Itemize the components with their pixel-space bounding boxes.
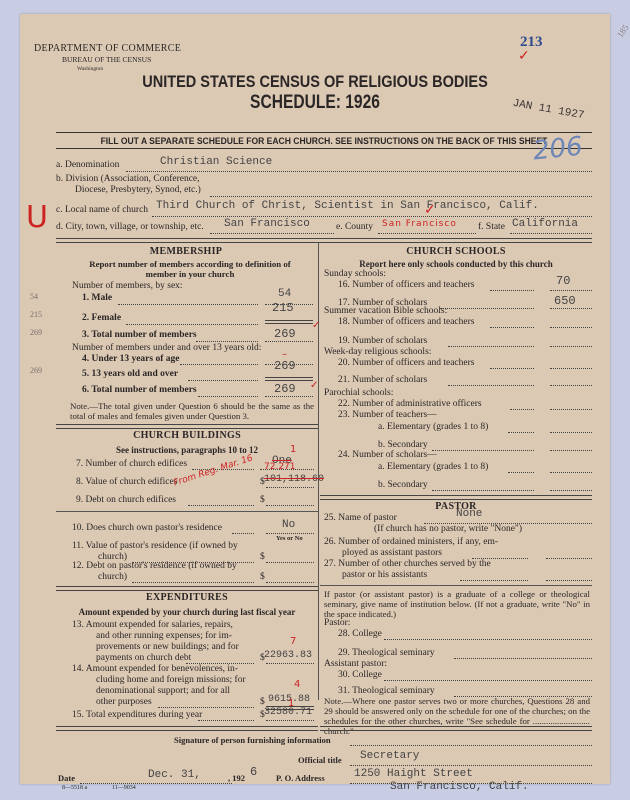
q18-leader (490, 327, 534, 328)
q13-label-2: and other running expenses; for im- (96, 631, 232, 641)
pencil-number: 206 (532, 131, 585, 166)
q16-line (550, 290, 592, 291)
county-label: e. County (336, 222, 373, 232)
members-by-sex-label: Number of members, by sex: (72, 281, 183, 291)
q30-college-field[interactable] (384, 680, 592, 681)
q2-label: 2. Female (82, 313, 121, 323)
section-divider (56, 726, 318, 731)
department-name: DEPARTMENT OF COMMERCE (34, 43, 181, 54)
q9-debt-field[interactable] (266, 505, 314, 506)
q5-over13-field[interactable]: 269 (274, 359, 296, 373)
q8-label: 8. Value of church edifices (76, 477, 177, 487)
q23a-field[interactable] (550, 432, 592, 433)
city-line (210, 233, 334, 234)
q26-label-2: ployed as assistant pastors (342, 548, 442, 558)
q15-label: 15. Total expenditures during year (72, 710, 202, 720)
q6-leader (198, 396, 258, 397)
q6-label: 6. Total number of members (82, 385, 197, 395)
denomination-field[interactable]: Christian Science (160, 156, 272, 168)
dollar-sign: $ (260, 697, 265, 707)
summer-schools-label: Summer vacation Bible schools: (324, 306, 447, 316)
section-divider (320, 495, 592, 500)
q4-leader (180, 364, 258, 365)
q19-leader (448, 346, 534, 347)
local-name-line (152, 216, 592, 217)
margin-note: 54 (30, 292, 38, 301)
denomination-line (126, 171, 592, 172)
year-prefix: , 192 (228, 773, 245, 783)
expenditures-subtitle: Amount expended by your church during la… (56, 607, 318, 617)
q3-leader (196, 341, 258, 342)
q27-leader (460, 580, 528, 581)
q20-field[interactable] (550, 368, 592, 369)
q23-label: 23. Number of teachers— (338, 410, 437, 420)
q24-label: 24. Number of scholars— (338, 450, 437, 460)
signature-label: Signature of person furnishing informati… (174, 735, 331, 745)
q6-total-field[interactable]: 269 (274, 382, 296, 396)
margin-note: 269 (30, 366, 42, 375)
q23a-label: a. Elementary (grades 1 to 8) (378, 422, 488, 432)
divider (320, 585, 592, 586)
city-label: d. City, town, village, or township, etc… (56, 222, 204, 232)
q14-label: 14. Amount expended for benevolences, in… (72, 664, 238, 674)
pastor-label: Pastor: (324, 618, 350, 628)
bureau-name: BUREAU OF THE CENSUS (62, 55, 151, 64)
buildings-heading: CHURCH BUILDINGS (56, 430, 318, 441)
state-field[interactable]: California (512, 218, 578, 230)
q5-leader (188, 380, 258, 381)
q26-label: 26. Number of ordained ministers, if any… (324, 537, 498, 547)
q30-label: 30. College (338, 670, 382, 680)
age-label: Number of members under and over 13 year… (72, 343, 261, 353)
county-line (378, 233, 476, 234)
q24b-field[interactable] (550, 490, 592, 491)
q12-leader (132, 582, 254, 583)
q22-leader (510, 409, 534, 410)
q24a-leader (508, 472, 534, 473)
q8-correction: 72.271 (264, 462, 296, 472)
date-label: Date (58, 773, 75, 783)
q14-leader (158, 707, 254, 708)
q6-line (265, 396, 313, 397)
divider (56, 132, 592, 133)
print-number: 11—9034 (112, 785, 136, 791)
divider (56, 511, 318, 512)
graduate-instruction: If pastor (or assistant pastor) is a gra… (324, 589, 590, 619)
q15-line (266, 720, 314, 721)
section-divider (56, 424, 318, 429)
q19-label: 19. Number of scholars (338, 336, 427, 346)
q13-label-3: provements or new buildings; and for (96, 642, 239, 652)
column-divider (318, 242, 319, 700)
q16-officers-field[interactable]: 70 (556, 274, 570, 288)
local-name-field[interactable]: Third Church of Christ, Scientist in San… (156, 200, 539, 212)
q24b-leader (432, 490, 534, 491)
membership-note: Note.—The total given under Question 6 s… (70, 401, 314, 421)
q21-field[interactable] (550, 385, 592, 386)
division-label-2: Diocese, Presbytery, Synod, etc.) (75, 185, 201, 195)
q7-correction: 1 (290, 444, 296, 455)
q11-value-field[interactable] (266, 562, 314, 563)
q23a-leader (508, 432, 534, 433)
q18-label: 18. Number of officers and teachers (338, 317, 474, 327)
red-check-icon: ✓ (518, 48, 530, 65)
q24b-label: b. Secondary (378, 480, 428, 490)
schools-subtitle: Report here only schools conducted by th… (320, 259, 592, 269)
date-line (80, 783, 232, 784)
address-label: P. O. Address (276, 773, 325, 783)
state-line (510, 233, 592, 234)
q9-leader (188, 505, 254, 506)
buildings-subtitle: See instructions, paragraphs 10 to 12 (56, 445, 318, 455)
section-divider (56, 238, 592, 243)
q8-line (266, 487, 314, 488)
division-label: b. Division (Association, Conference, (56, 174, 200, 184)
q12-label: 12. Debt on pastor's residence (if owned… (72, 561, 237, 571)
q1-leader (118, 304, 258, 305)
q25-hint: (If church has no pastor, write "None") (374, 524, 522, 534)
q10-line (266, 533, 314, 534)
bureau-city: Washington (77, 66, 103, 72)
q21-leader (448, 385, 534, 386)
q26-field[interactable] (546, 558, 592, 559)
state-label: f. State (478, 222, 505, 232)
q28-label: 28. College (338, 629, 382, 639)
q3-total-field[interactable]: 269 (274, 327, 296, 341)
q20-leader (490, 368, 534, 369)
form-title: UNITED STATES CENSUS OF RELIGIOUS BODIES (55, 73, 574, 92)
q10-label: 10. Does church own pastor's residence (72, 523, 222, 533)
corner-pencil-note: 185 (615, 23, 630, 40)
address-line2-field[interactable]: San Francisco, Calif. (390, 781, 529, 793)
q15-correction: 1 (288, 698, 294, 709)
membership-heading: MEMBERSHIP (56, 246, 316, 257)
red-check-icon: ✓ (424, 202, 436, 219)
q7-label: 7. Number of church edifices (76, 459, 187, 469)
address-line1-field[interactable]: 1250 Haight Street (354, 768, 473, 780)
parochial-schools-label: Parochial schools: (324, 388, 393, 398)
instruction-banner: FILL OUT A SEPARATE SCHEDULE FOR EACH CH… (83, 136, 565, 147)
q13-label-4: payments on church debt (96, 653, 191, 663)
schedule-title: SCHEDULE: 1926 (73, 92, 557, 114)
q13-correction: 7 (290, 636, 296, 647)
q17-leader (440, 308, 534, 309)
q3-label: 3. Total number of members (82, 330, 197, 340)
sunday-schools-label: Sunday schools: (324, 269, 386, 279)
q15-leader (198, 720, 254, 721)
schools-heading: CHURCH SCHOOLS (320, 246, 592, 257)
date-field[interactable]: Dec. 31, (148, 769, 201, 781)
margin-note: 215 (30, 310, 42, 319)
margin-mark: U (26, 200, 48, 235)
official-title-field[interactable]: Secretary (360, 750, 419, 762)
red-check-icon: ✓ (310, 380, 318, 391)
red-check-icon: ✓ (312, 320, 320, 331)
form-number: 8—5518 a (62, 785, 87, 791)
signature-field[interactable] (350, 745, 592, 746)
q28-college-field[interactable] (384, 639, 592, 640)
county-field[interactable]: San Francisco (382, 219, 457, 229)
q27-label-2: pastor or his assistants (342, 570, 427, 580)
q18-field[interactable] (550, 327, 592, 328)
q19-field[interactable] (550, 346, 592, 347)
section-divider (56, 586, 318, 591)
q3-line (265, 341, 313, 342)
dollar-sign: $ (260, 552, 265, 562)
q22-field[interactable] (550, 409, 592, 410)
local-name-label: c. Local name of church (56, 205, 148, 215)
q29-seminary-field[interactable] (454, 658, 592, 659)
census-schedule-sheet: DEPARTMENT OF COMMERCE BUREAU OF THE CEN… (20, 14, 610, 784)
q10-residence-field[interactable]: No (282, 519, 295, 531)
q2-leader (126, 324, 258, 325)
q29-label: 29. Theological seminary (338, 648, 435, 658)
q13-label: 13. Amount expended for salaries, repair… (72, 620, 233, 630)
q14-label-3: denominational support; and for all (96, 686, 230, 696)
dollar-sign: $ (260, 572, 265, 582)
q25-label: 25. Name of pastor (324, 513, 397, 523)
q14-label-2: cluding home and foreign missions; for (96, 675, 246, 685)
official-title-label: Official title (298, 755, 342, 765)
division-field[interactable] (210, 196, 592, 197)
weekday-schools-label: Week-day religious schools: (324, 347, 431, 357)
q20-label: 20. Number of officers and teachers (338, 358, 474, 368)
q11-label: 11. Value of pastor's residence (if owne… (72, 541, 238, 551)
q14-label-4: other purposes (96, 697, 152, 707)
q27-label: 27. Number of other churches served by t… (324, 559, 491, 569)
q16-label: 16. Number of officers and teachers (338, 280, 474, 290)
q5-label: 5. 13 years old and over (82, 369, 178, 379)
expenditures-heading: EXPENDITURES (56, 592, 318, 603)
q24a-label: a. Elementary (grades 1 to 8) (378, 462, 488, 472)
q12-label-2: church) (98, 572, 127, 582)
q23b-label: b. Secondary (378, 440, 428, 450)
q1-male-field[interactable]: 54 (278, 288, 291, 300)
q22-label: 22. Number of administrative officers (338, 399, 482, 409)
q27-field[interactable] (546, 580, 592, 581)
q8-value-field[interactable]: 101,118.60 (264, 474, 324, 485)
q2-line (265, 320, 313, 324)
q25-pastor-name-field[interactable]: None (456, 508, 482, 520)
year-field[interactable]: 6 (250, 765, 257, 779)
q2-female-field[interactable]: 215 (272, 301, 294, 315)
q16-leader (490, 290, 534, 291)
q5-line (265, 377, 313, 381)
membership-subtitle: Report number of members according to de… (80, 259, 300, 279)
official-title-line (350, 765, 592, 766)
q31-label: 31. Theological seminary (338, 686, 435, 696)
q13-line (266, 663, 314, 664)
dollar-sign: $ (260, 495, 265, 505)
yes-no-hint: Yes or No (276, 535, 303, 542)
q1-label: 1. Male (82, 293, 112, 303)
margin-note: 269 (30, 328, 42, 337)
q13-running-expenses-field[interactable]: 22963.83 (264, 650, 312, 661)
q21-label: 21. Number of scholars (338, 375, 427, 385)
assistant-pastor-label: Assistant pastor: (324, 659, 387, 669)
q23b-field[interactable] (550, 450, 592, 451)
q23b-leader (432, 450, 534, 451)
q24a-field[interactable] (550, 472, 592, 473)
q17-line (550, 308, 592, 309)
q14-correction: 4 (294, 679, 300, 690)
city-field[interactable]: San Francisco (224, 218, 310, 230)
section-divider (320, 726, 592, 731)
q10-leader (232, 533, 254, 534)
divider (56, 148, 592, 149)
q17-scholars-field[interactable]: 650 (554, 294, 576, 308)
q4-label: 4. Under 13 years of age (82, 354, 179, 364)
denomination-label: a. Denomination (56, 160, 119, 170)
q9-label: 9. Debt on church edifices (76, 495, 176, 505)
q12-debt-field[interactable] (266, 582, 314, 583)
